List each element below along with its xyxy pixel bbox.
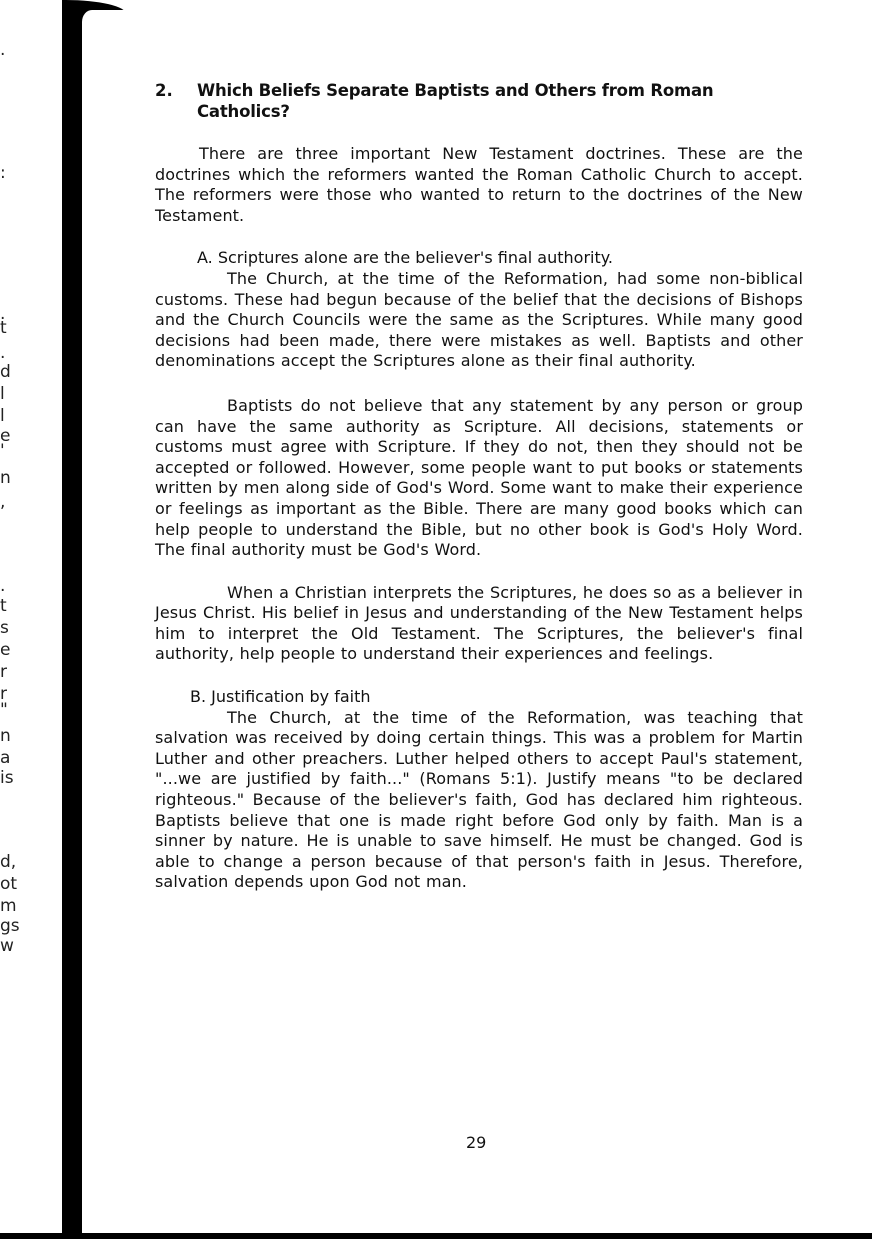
margin-char: gs [0,918,20,935]
binding-edge [62,14,82,1236]
section-title: Which Beliefs Separate Baptists and Othe… [197,80,803,122]
document-page: 2. Which Beliefs Separate Baptists and O… [155,80,803,893]
margin-char: . [0,578,5,595]
margin-char: ' [0,443,5,460]
margin-char: : [0,165,6,182]
binding-edge-curve-inner [82,10,128,30]
margin-char: l [0,408,5,425]
section-heading: 2. Which Beliefs Separate Baptists and O… [155,80,803,122]
subsection-a: A. Scriptures alone are the believer's f… [155,248,803,665]
margin-char: , [0,494,5,511]
margin-char: t [0,598,7,615]
margin-char: a [0,750,10,767]
margin-char: d [0,364,11,381]
margin-char: e [0,642,10,659]
subsection-b-heading: B. Justification by faith [155,687,803,708]
margin-char: n [0,728,11,745]
subsection-b-paragraph-1: The Church, at the time of the Reformati… [155,708,803,893]
margin-char: d, [0,854,16,871]
margin-char: ot [0,876,17,893]
margin-char: w [0,938,14,955]
page-number: 29 [466,1133,486,1153]
margin-char: is [0,770,14,787]
margin-char: t [0,320,7,337]
margin-char: r [0,664,7,681]
margin-char: s [0,620,9,637]
margin-char: l [0,386,5,403]
margin-char: " [0,702,8,719]
subsection-a-paragraph-2: Baptists do not believe that any stateme… [155,396,803,561]
bottom-scan-edge [0,1233,872,1239]
margin-char: . [0,42,5,59]
subsection-a-heading: A. Scriptures alone are the believer's f… [155,248,803,269]
subsection-b: B. Justification by faith The Church, at… [155,687,803,893]
margin-char: n [0,470,11,487]
subsection-a-paragraph-3: When a Christian interprets the Scriptur… [155,583,803,665]
section-number: 2. [155,80,197,122]
intro-paragraph: There are three important New Testament … [155,144,803,226]
margin-char: . [0,345,5,362]
margin-char: m [0,898,17,915]
facing-page-bleed: . : . t . d l l e ' n , . t s e r r " n … [0,0,14,1239]
subsection-a-paragraph-1: The Church, at the time of the Reformati… [155,269,803,372]
